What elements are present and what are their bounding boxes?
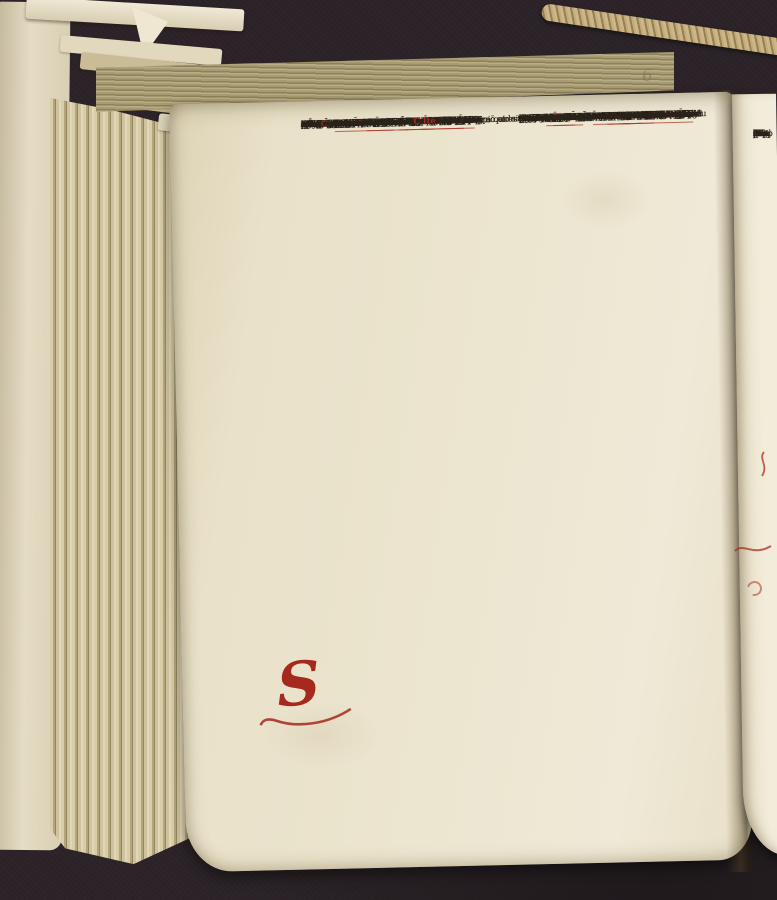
next-page-text-fragments: Alicɔcupnibilinq̄ʒsusplāttē.τponoficexcp…: [753, 128, 777, 708]
fragment-line: t: [753, 128, 756, 141]
book-photograph-scene: 6 S rōnali uero ex pte ē formalr̄. in se…: [0, 0, 777, 900]
open-page-recto: [169, 92, 752, 873]
paper-stain: [560, 170, 650, 230]
initial-s-flourish: [259, 703, 355, 732]
red-marginalia-swoosh: [733, 540, 773, 558]
red-marginalia-wave: [758, 450, 770, 478]
